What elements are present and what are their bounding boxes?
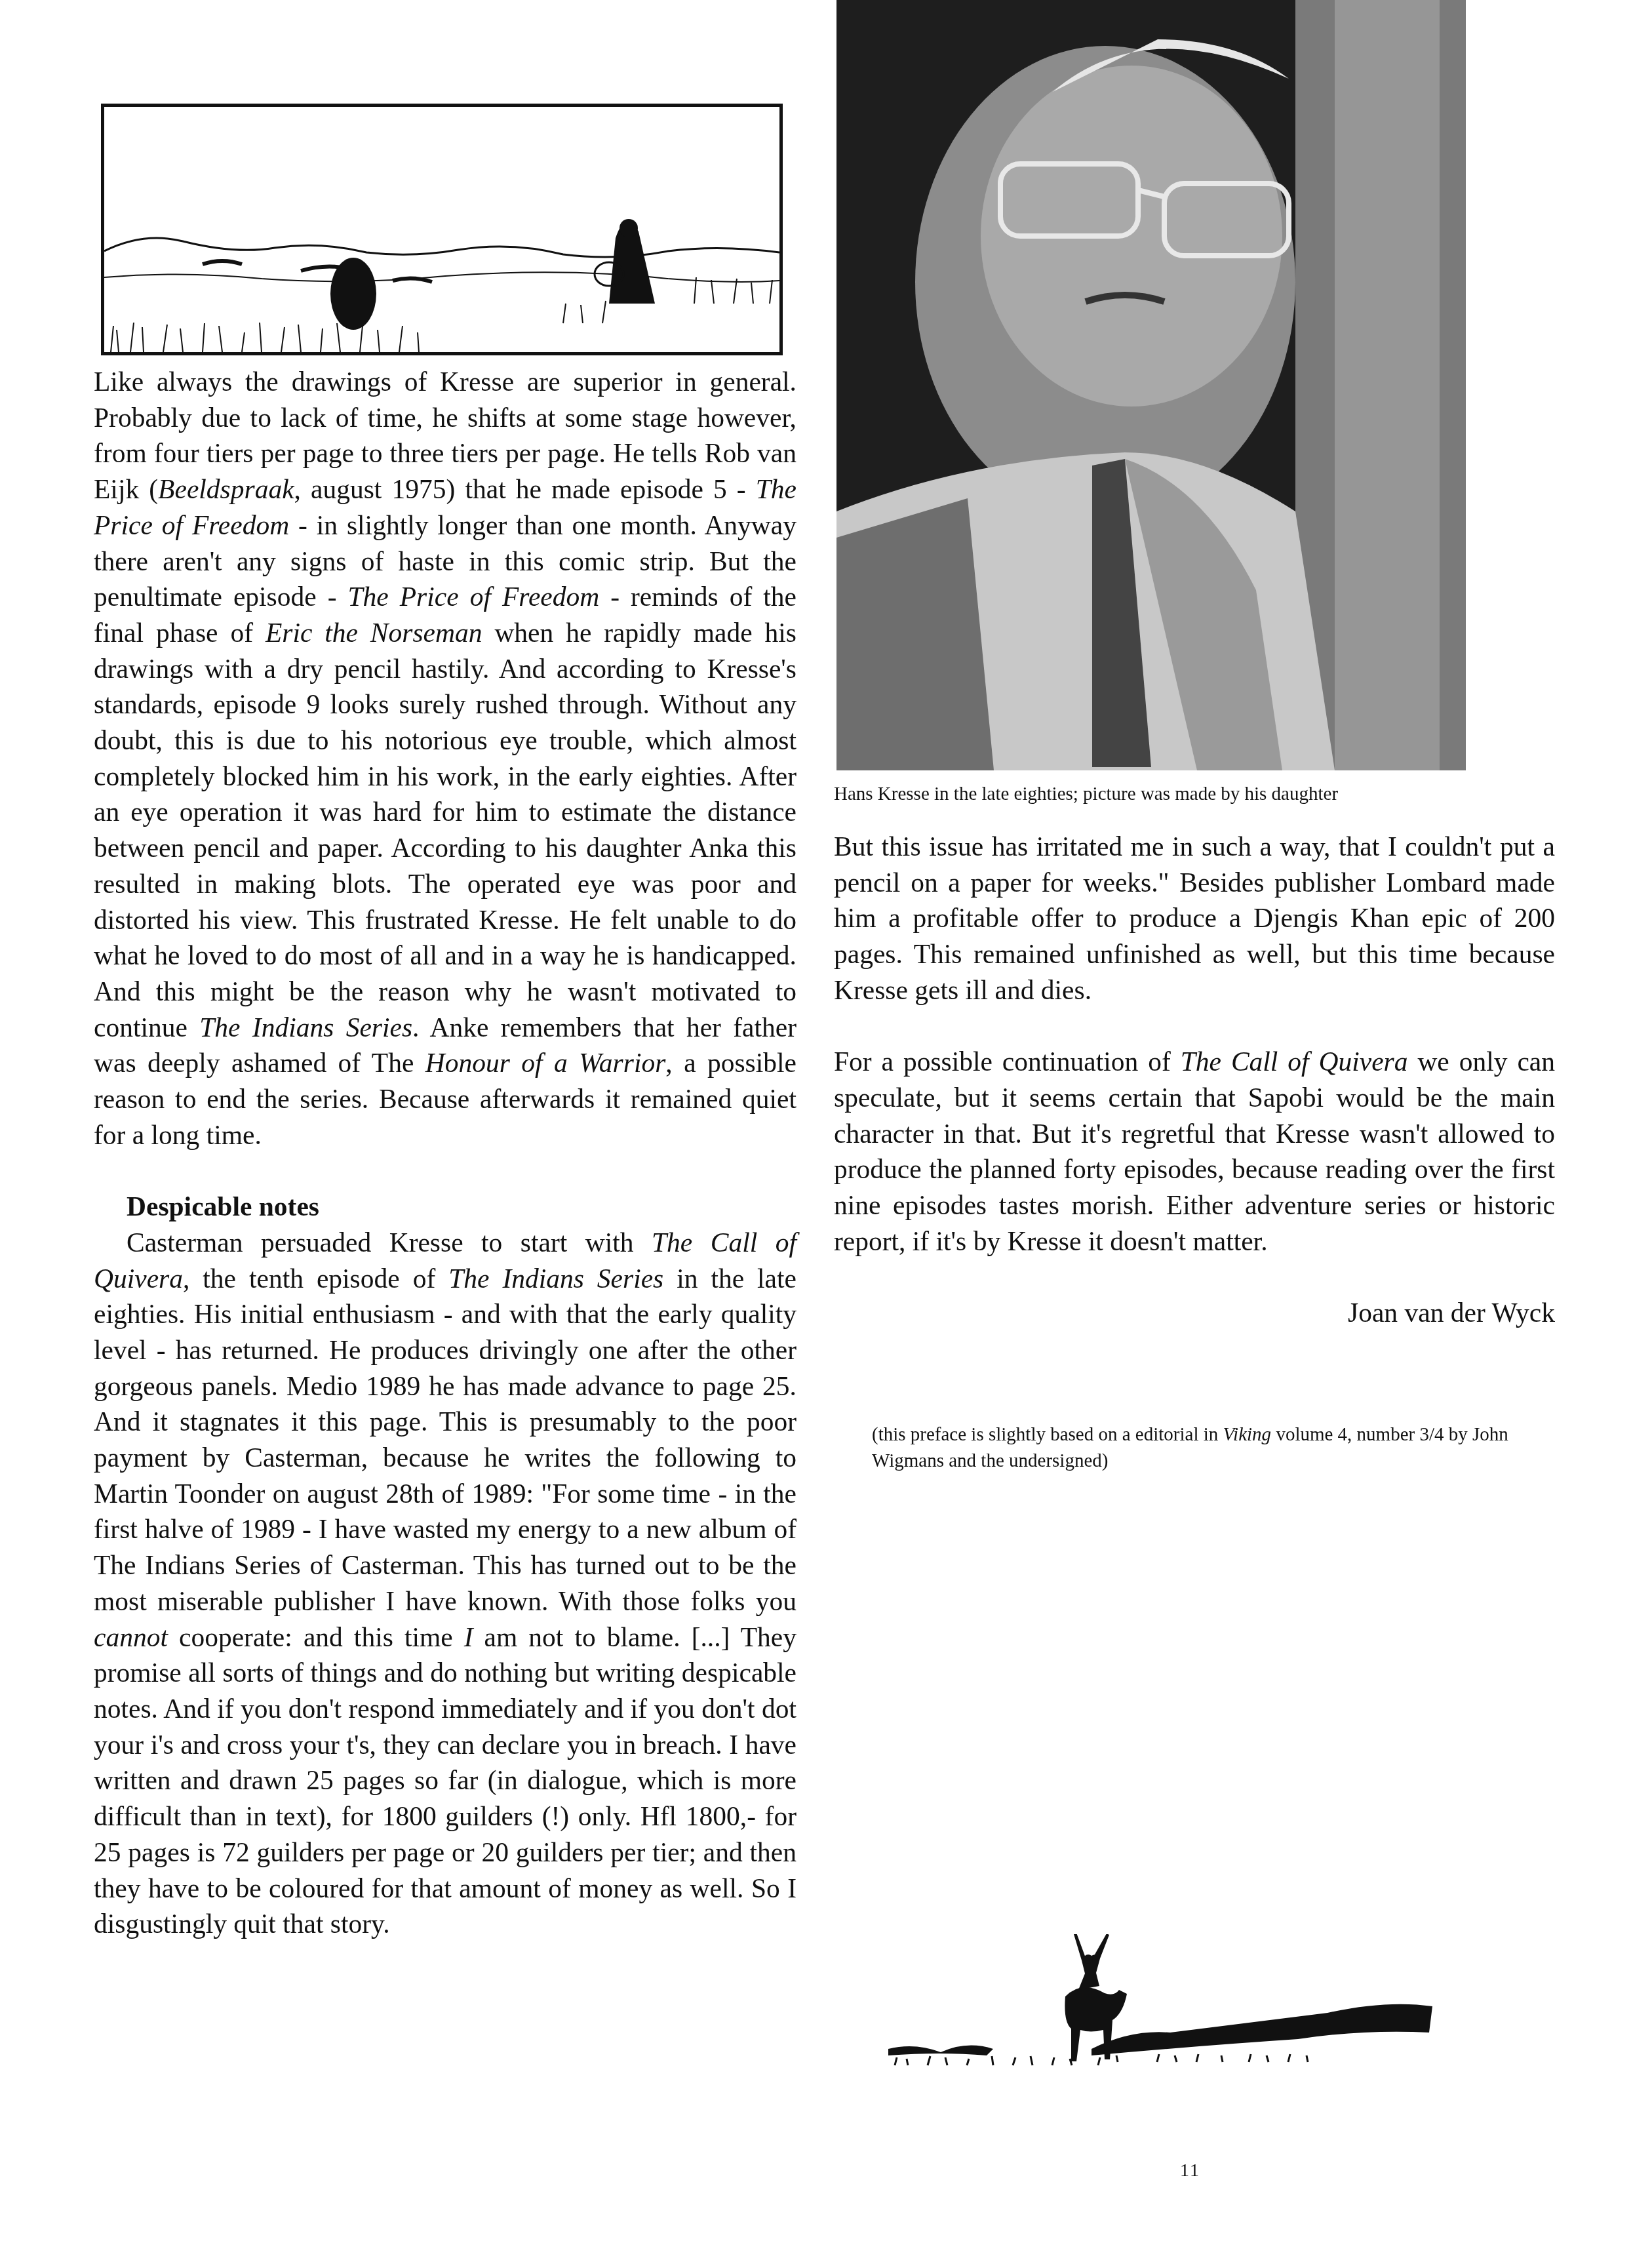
author-signature: Joan van der Wyck (834, 1295, 1555, 1331)
portrait-photo (836, 0, 1466, 770)
right-column: But this issue has irritated me in such … (834, 829, 1555, 1331)
paragraph-continuation-quote: But this issue has irritated me in such … (834, 829, 1555, 1008)
footnote: (this preface is slightly based on a edi… (872, 1421, 1560, 1474)
page-number: 11 (1180, 2160, 1200, 2181)
comic-strip-illustration (101, 104, 783, 355)
section-heading: Despicable notes (94, 1189, 796, 1225)
horse-rider-icon (882, 1934, 1445, 2092)
rider-illustration (882, 1934, 1445, 2092)
landscape-drawing-icon (104, 107, 779, 352)
photo-caption: Hans Kresse in the late eighties; pictur… (834, 784, 1338, 805)
left-column: Like always the drawings of Kresse are s… (94, 364, 796, 1942)
portrait-photo-icon (836, 0, 1466, 770)
paragraph-intro: Like always the drawings of Kresse are s… (94, 364, 796, 1153)
paragraph-despicable-notes: Casterman persuaded Kresse to start with… (94, 1225, 796, 1942)
paragraph-speculation: For a possible continuation of The Call … (834, 1044, 1555, 1259)
